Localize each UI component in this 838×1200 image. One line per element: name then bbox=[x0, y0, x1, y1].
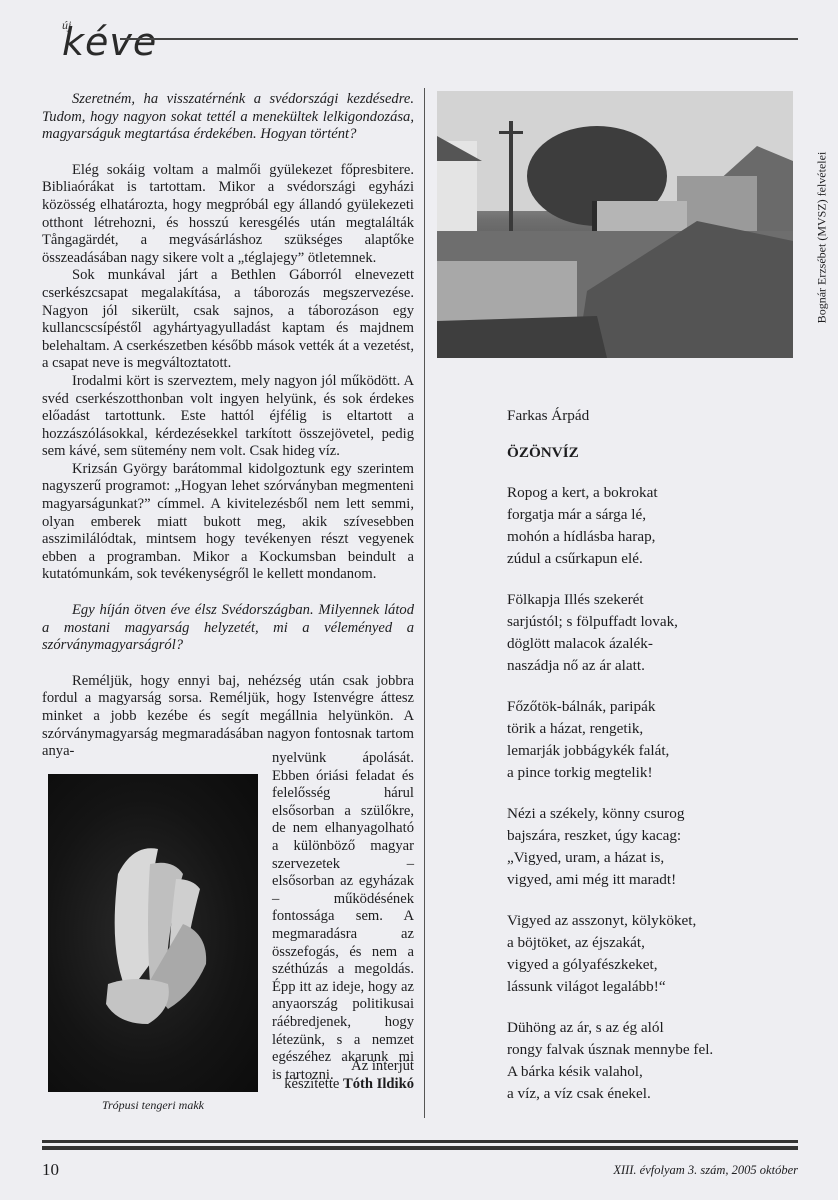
poem-line: mohón a hídlásba harap, bbox=[507, 526, 807, 548]
poem-author: Farkas Árpád bbox=[507, 405, 807, 427]
poem-line: „Vigyed, uram, a házat is, bbox=[507, 847, 807, 869]
poem-line: a víz, a víz csak énekel. bbox=[507, 1083, 807, 1105]
photo-credit: Bognár Erzsébet (MVSZ) felvételei bbox=[812, 120, 832, 360]
poem-line: lássunk világot legalább!“ bbox=[507, 976, 807, 998]
poem-line: Fölkapja Illés szekerét bbox=[507, 589, 807, 611]
signature-author: Tóth Ildikó bbox=[343, 1076, 414, 1092]
poem-stanza: Vigyed az asszonyt, kölyköket, a böjtöke… bbox=[507, 910, 807, 998]
barnacle-image bbox=[88, 834, 218, 1034]
poem: Farkas Árpád ÖZÖNVÍZ Ropog a kert, a bok… bbox=[507, 405, 807, 1124]
interview-answer: Reméljük, hogy ennyi baj, nehézség után … bbox=[42, 673, 414, 761]
barnacle-photo bbox=[48, 774, 258, 1092]
footer-rule bbox=[42, 1146, 798, 1150]
poem-line: vigyed a gólyafészkeket, bbox=[507, 954, 807, 976]
poem-line: a pince torkig megtelik! bbox=[507, 762, 807, 784]
flood-scene-image bbox=[437, 91, 793, 358]
poem-stanza: Nézi a székely, könny csurog bajszára, r… bbox=[507, 803, 807, 891]
signature-prefix: készítette bbox=[284, 1076, 343, 1092]
poem-line: vigyed, ami még itt maradt! bbox=[507, 869, 807, 891]
interview-answer: Elég sokáig voltam a malmői gyülekezet f… bbox=[42, 162, 414, 268]
poem-stanza: Fölkapja Illés szekerét sarjústól; s föl… bbox=[507, 589, 807, 677]
masthead-title: kéve bbox=[62, 20, 157, 64]
poem-line: zúdul a csűrkapun elé. bbox=[507, 548, 807, 570]
column-divider bbox=[424, 88, 425, 1118]
poem-line: a böjtöket, az éjszakát, bbox=[507, 932, 807, 954]
interview-signature: Az interjút készítette Tóth Ildikó bbox=[250, 1057, 414, 1093]
poem-line: Dühöng az ár, s az ég alól bbox=[507, 1017, 807, 1039]
interview-answer: Krizsán György barátommal kidolgoztunk e… bbox=[42, 461, 414, 584]
wrapped-paragraph: nyelvünk ápolását. Ebben óriási feladat … bbox=[272, 750, 414, 1084]
poem-line: rongy falvak úsznak mennybe fel. bbox=[507, 1039, 807, 1061]
masthead-rule bbox=[120, 38, 798, 40]
poem-stanza: Dühöng az ár, s az ég alól rongy falvak … bbox=[507, 1017, 807, 1105]
poem-stanza: Főzőtök-bálnák, paripák törik a házat, r… bbox=[507, 696, 807, 784]
figure-caption: Trópusi tengeri makk bbox=[48, 1098, 258, 1113]
poem-line: döglött malacok ázalék- bbox=[507, 633, 807, 655]
poem-line: Nézi a székely, könny csurog bbox=[507, 803, 807, 825]
interview-answer: Irodalmi kört is szerveztem, mely nagyon… bbox=[42, 373, 414, 461]
interview-question: Szeretném, ha visszatérnénk a svédország… bbox=[42, 91, 414, 144]
poem-line: törik a házat, rengetik, bbox=[507, 718, 807, 740]
poem-line: forgatja már a sárga lé, bbox=[507, 504, 807, 526]
interview-column: Szeretném, ha visszatérnénk a svédország… bbox=[42, 91, 414, 761]
interview-answer: Sok munkával járt a Bethlen Gáborról eln… bbox=[42, 267, 414, 373]
page-number: 10 bbox=[42, 1160, 59, 1180]
poem-line: A bárka késik valahol, bbox=[507, 1061, 807, 1083]
signature-line: Az interjút bbox=[250, 1057, 414, 1075]
poem-line: Ropog a kert, a bokrokat bbox=[507, 482, 807, 504]
poem-stanza: Ropog a kert, a bokrokat forgatja már a … bbox=[507, 482, 807, 570]
wrapped-text: nyelvünk ápolását. Ebben óriási feladat … bbox=[272, 750, 414, 1084]
footer-rule bbox=[42, 1140, 798, 1143]
flood-photo bbox=[437, 91, 793, 358]
poem-line: naszádja nő az ár alatt. bbox=[507, 655, 807, 677]
issue-info: XIII. évfolyam 3. szám, 2005 október bbox=[613, 1163, 798, 1178]
poem-line: Főzőtök-bálnák, paripák bbox=[507, 696, 807, 718]
photo-credit-text: Bognár Erzsébet (MVSZ) felvételei bbox=[815, 118, 830, 358]
interview-question: Egy híján ötven éve élsz Svédországban. … bbox=[42, 602, 414, 655]
poem-title: ÖZÖNVÍZ bbox=[507, 442, 807, 464]
poem-line: bajszára, reszket, úgy kacag: bbox=[507, 825, 807, 847]
poem-line: sarjústól; s fölpuffadt lovak, bbox=[507, 611, 807, 633]
poem-line: lemarják jobbágykék falát, bbox=[507, 740, 807, 762]
poem-line: Vigyed az asszonyt, kölyköket, bbox=[507, 910, 807, 932]
